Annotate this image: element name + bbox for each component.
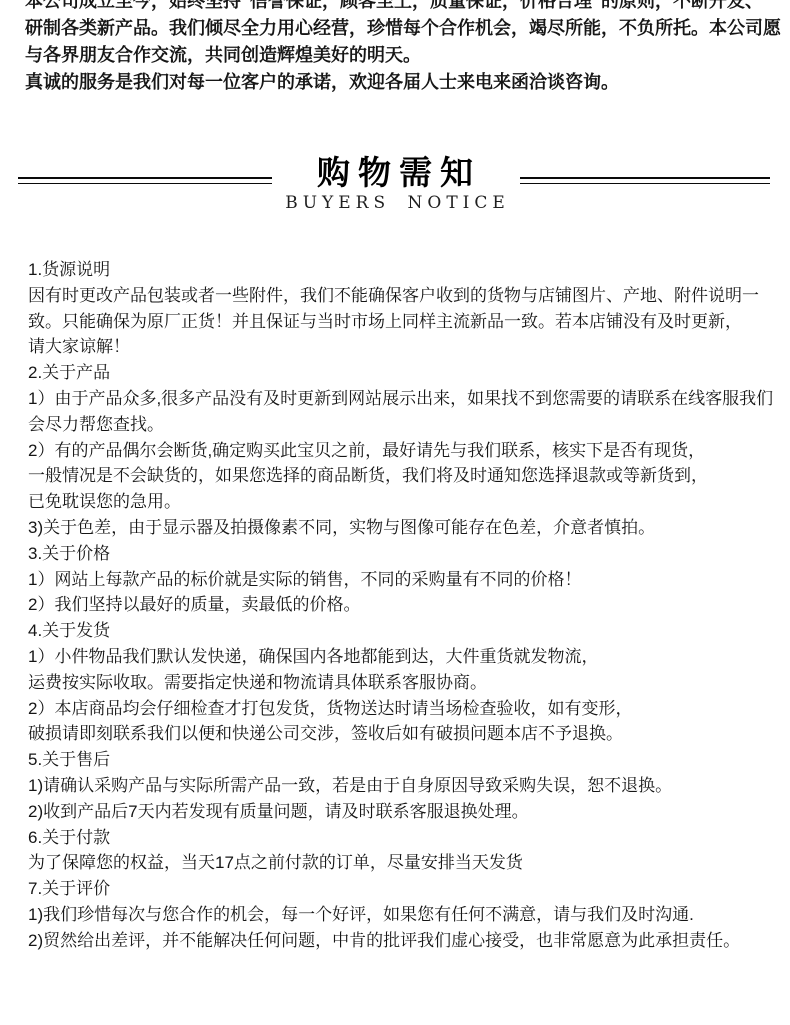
notice-line: 会尽力帮您查找。 (28, 412, 788, 438)
intro-line: 研制各类新产品。我们倾尽全力用心经营，珍惜每个合作机会，竭尽所能，不负所托。本公… (25, 15, 777, 42)
notice-line: 2）本店商品均会仔细检查才打包发货，货物送达时请当场检查验收，如有变形， (28, 696, 788, 722)
notice-line: 1）网站上每款产品的标价就是实际的销售，不同的采购量有不同的价格！ (28, 567, 788, 593)
notice-line: 2)贸然给出差评，并不能解决任何问题，中肯的批评我们虚心接受，也非常愿意为此承担… (28, 928, 788, 954)
section-title: 购物需知 (0, 147, 790, 194)
section-subtitle: BUYERS NOTICE (0, 193, 790, 213)
notice-line: 致。只能确保为原厂正货！并且保证与当时市场上同样主流新品一致。若本店铺没有及时更… (28, 309, 788, 335)
notice-line: 4.关于发货 (28, 618, 788, 644)
notice-line: 1）由于产品众多,很多产品没有及时更新到网站展示出来，如果找不到您需要的请联系在… (28, 386, 788, 412)
intro-line: 本公司成立至今，始终坚持“信誉保证，顾客至上，质量保证，价格合理”的原则，不断开… (25, 0, 777, 15)
notice-line: 5.关于售后 (28, 747, 788, 773)
notice-line: 2.关于产品 (28, 360, 788, 386)
notice-line: 1)请确认采购产品与实际所需产品一致，若是由于自身原因导致采购失误，恕不退换。 (28, 773, 788, 799)
notice-line: 请大家谅解！ (28, 334, 788, 360)
notice-line: 已免耽误您的急用。 (28, 489, 788, 515)
notice-line: 1.货源说明 (28, 257, 788, 283)
company-intro: 本公司成立至今，始终坚持“信誉保证，顾客至上，质量保证，价格合理”的原则，不断开… (25, 0, 777, 96)
notice-line: 7.关于评价 (28, 876, 788, 902)
notice-body: 1.货源说明因有时更改产品包装或者一些附件，我们不能确保客户收到的货物与店铺图片… (28, 257, 788, 954)
notice-line: 一般情况是不会缺货的，如果您选择的商品断货，我们将及时通知您选择退款或等新货到， (28, 463, 788, 489)
notice-line: 因有时更改产品包装或者一些附件，我们不能确保客户收到的货物与店铺图片、产地、附件… (28, 283, 788, 309)
notice-line: 2)收到产品后7天内若发现有质量问题，请及时联系客服退换处理。 (28, 799, 788, 825)
notice-line: 1）小件物品我们默认发快递，确保国内各地都能到达，大件重货就发物流， (28, 644, 788, 670)
buyers-notice-page: 本公司成立至今，始终坚持“信誉保证，顾客至上，质量保证，价格合理”的原则，不断开… (0, 0, 790, 1025)
notice-line: 破损请即刻联系我们以便和快递公司交涉，签收后如有破损问题本店不予退换。 (28, 721, 788, 747)
notice-line: 3.关于价格 (28, 541, 788, 567)
intro-line: 真诚的服务是我们对每一位客户的承诺，欢迎各届人士来电来函洽谈咨询。 (25, 69, 777, 96)
notice-line: 2）我们坚持以最好的质量，卖最低的价格。 (28, 592, 788, 618)
notice-line: 运费按实际收取。需要指定快递和物流请具体联系客服协商。 (28, 670, 788, 696)
notice-line: 2）有的产品偶尔会断货,确定购买此宝贝之前，最好请先与我们联系，核实下是否有现货… (28, 438, 788, 464)
notice-line: 3)关于色差，由于显示器及拍摄像素不同，实物与图像可能存在色差，介意者慎拍。 (28, 515, 788, 541)
notice-line: 为了保障您的权益，当天17点之前付款的订单，尽量安排当天发货 (28, 850, 788, 876)
notice-line: 6.关于付款 (28, 825, 788, 851)
intro-line: 与各界朋友合作交流，共同创造辉煌美好的明天。 (25, 42, 777, 69)
notice-line: 1)我们珍惜每次与您合作的机会，每一个好评，如果您有任何不满意，请与我们及时沟通… (28, 902, 788, 928)
